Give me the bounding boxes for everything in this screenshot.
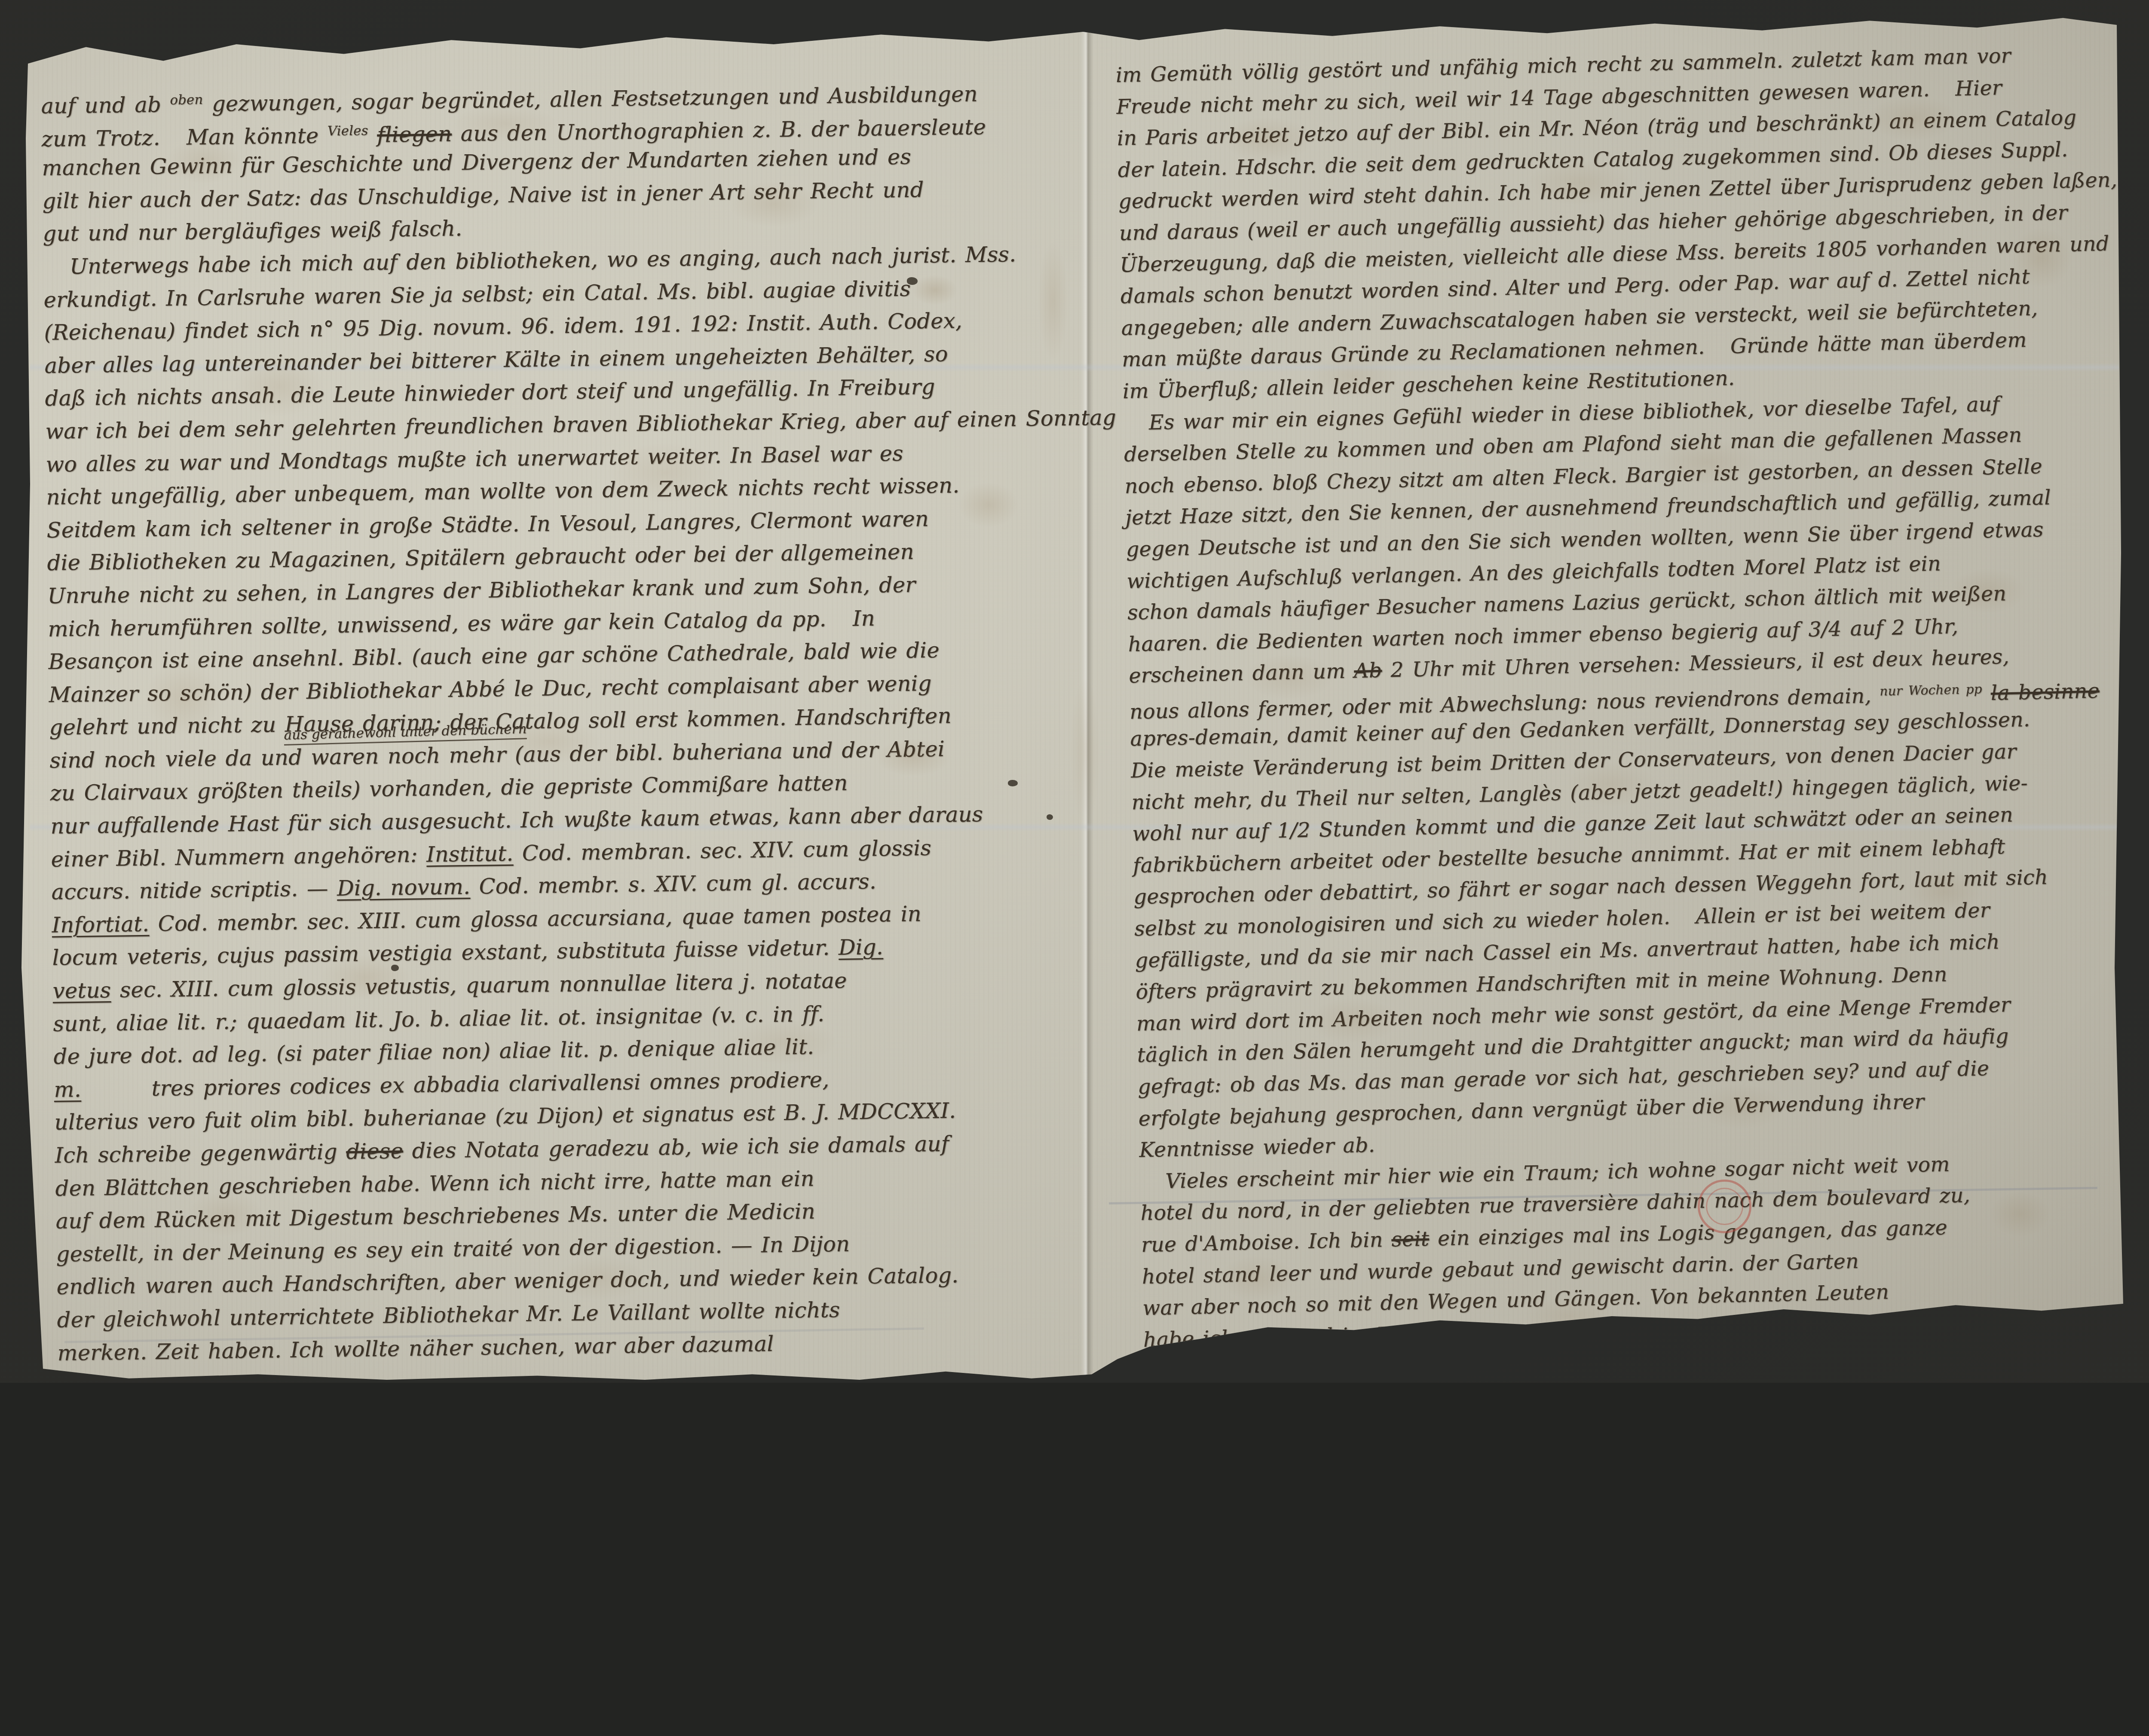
- letter-page-left: auf und ab oben gezwungen, sogar begründ…: [41, 73, 1085, 1369]
- letter-page-right: im Gemüth völlig gestört und unfähig mic…: [1115, 38, 2145, 1356]
- scanned-letter: auf und ab oben gezwungen, sogar begründ…: [0, 0, 2149, 1383]
- center-fold-crease: [1081, 30, 1093, 1375]
- letter-sheet: auf und ab oben gezwungen, sogar begründ…: [0, 0, 2149, 1383]
